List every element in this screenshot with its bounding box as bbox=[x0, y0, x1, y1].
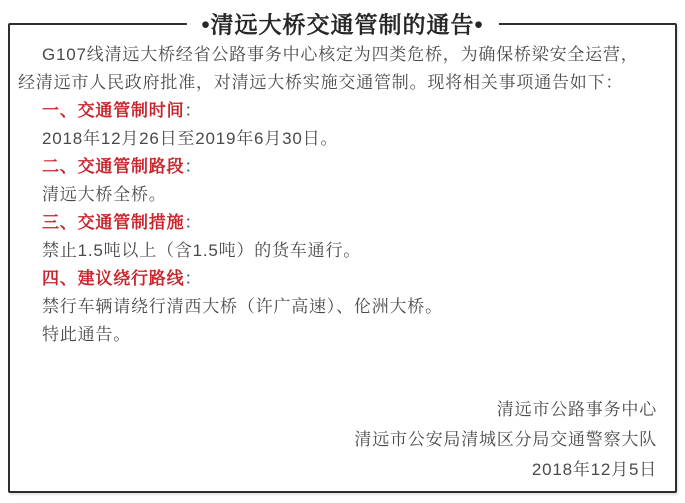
section-3-heading-colon: ： bbox=[184, 213, 202, 232]
notice-border-box: G107线清远大桥经省公路事务中心核定为四类危桥，为确保桥梁安全运营， 经清远市… bbox=[8, 23, 677, 493]
section-1-body: 2018年12月26日至2019年6月30日。 bbox=[18, 125, 665, 153]
section-2-heading: 二、交通管制路段： bbox=[18, 153, 665, 181]
section-4-heading-text: 四、建议绕行路线 bbox=[42, 269, 184, 288]
intro-line-1: G107线清远大桥经省公路事务中心核定为四类危桥，为确保桥梁安全运营， bbox=[18, 41, 665, 69]
section-2-heading-text: 二、交通管制路段 bbox=[42, 157, 184, 176]
closing-line: 特此通告。 bbox=[18, 321, 665, 349]
signature-org-2: 清远市公安局清城区分局交通警察大队 bbox=[18, 425, 657, 455]
section-1-heading: 一、交通管制时间： bbox=[18, 97, 665, 125]
signature-date: 2018年12月5日 bbox=[18, 455, 657, 485]
section-4-body: 禁行车辆请绕行清西大桥（许广高速）、伦洲大桥。 bbox=[18, 293, 665, 321]
section-4-heading: 四、建议绕行路线： bbox=[18, 265, 665, 293]
signature-org-1: 清远市公路事务中心 bbox=[18, 395, 657, 425]
section-3-heading-text: 三、交通管制措施 bbox=[42, 213, 184, 232]
section-2-heading-colon: ： bbox=[184, 157, 202, 176]
notice-content: G107线清远大桥经省公路事务中心核定为四类危桥，为确保桥梁安全运营， 经清远市… bbox=[10, 25, 675, 485]
notice-title: •清远大桥交通管制的通告• bbox=[186, 4, 498, 43]
section-1-heading-text: 一、交通管制时间 bbox=[42, 101, 184, 120]
section-2-body: 清远大桥全桥。 bbox=[18, 181, 665, 209]
intro-line-2: 经清远市人民政府批准，对清远大桥实施交通管制。现将相关事项通告如下： bbox=[18, 69, 665, 97]
section-1-heading-colon: ： bbox=[184, 101, 202, 120]
notice-page: •清远大桥交通管制的通告• G107线清远大桥经省公路事务中心核定为四类危桥，为… bbox=[0, 0, 685, 503]
section-3-body: 禁止1.5吨以上（含1.5吨）的货车通行。 bbox=[18, 237, 665, 265]
section-3-heading: 三、交通管制措施： bbox=[18, 209, 665, 237]
signature-block: 清远市公路事务中心 清远市公安局清城区分局交通警察大队 2018年12月5日 bbox=[18, 395, 665, 485]
section-4-heading-colon: ： bbox=[184, 269, 202, 288]
